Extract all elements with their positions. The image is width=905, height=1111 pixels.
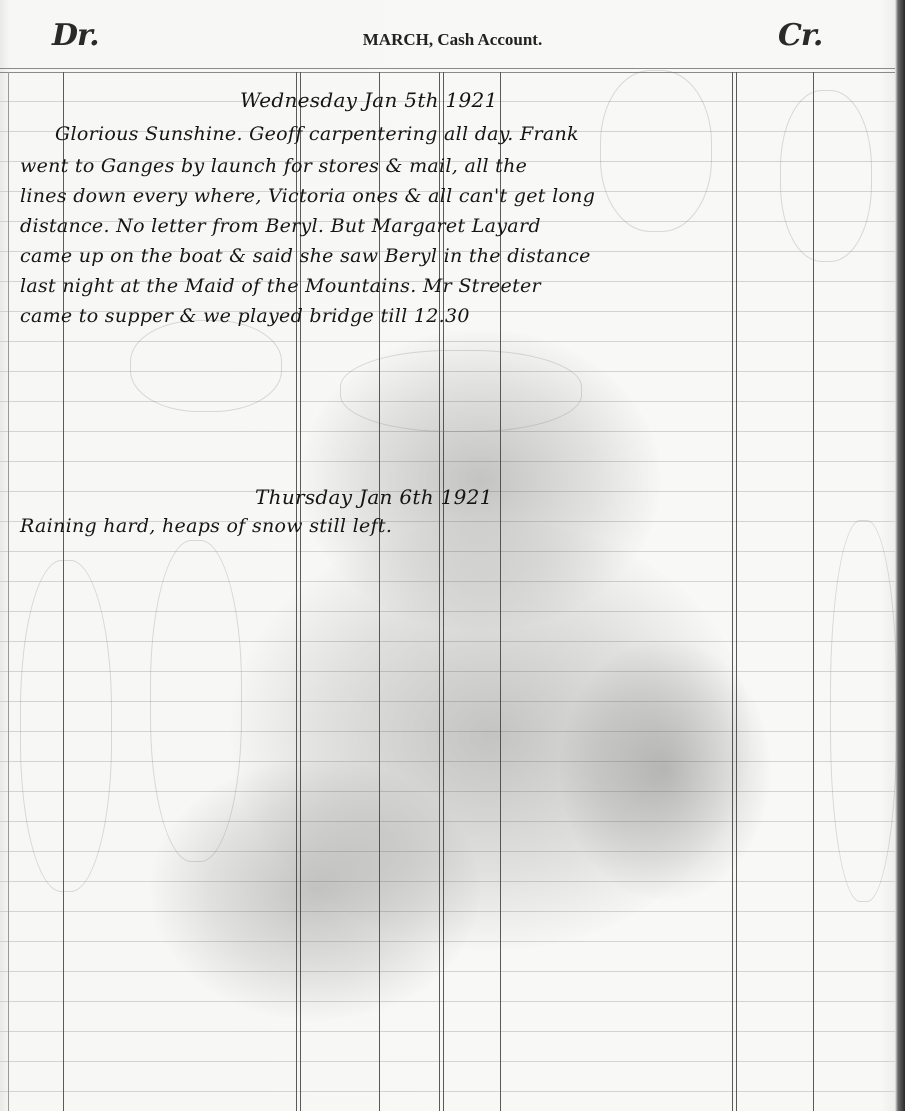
entry-line: last night at the Maid of the Mountains.… — [20, 275, 541, 297]
ruled-line — [0, 701, 895, 702]
pencil-sketch — [780, 90, 872, 262]
ruled-line — [0, 1091, 895, 1092]
ruled-line — [0, 611, 895, 612]
entry-date: Thursday Jan 6th 1921 — [255, 485, 493, 509]
entry-line: lines down every where, Victoria ones & … — [20, 185, 595, 207]
ruled-line — [0, 971, 895, 972]
ruled-line — [0, 1001, 895, 1002]
ruled-line — [0, 461, 895, 462]
ruled-line — [0, 671, 895, 672]
ink-smudge — [230, 520, 750, 950]
ruled-line — [0, 431, 895, 432]
ruled-line — [0, 551, 895, 552]
ruled-line — [0, 821, 895, 822]
ruled-line — [0, 911, 895, 912]
ruled-line — [0, 641, 895, 642]
entry-line: distance. No letter from Beryl. But Marg… — [20, 215, 541, 237]
ink-smudge — [300, 330, 660, 630]
column-rule — [732, 72, 737, 1111]
ruled-line — [0, 731, 895, 732]
pencil-sketch — [130, 320, 282, 412]
pencil-sketch — [340, 350, 582, 432]
ruled-line — [0, 581, 895, 582]
header-rule-2 — [0, 72, 895, 73]
ruled-line — [0, 371, 895, 372]
ruled-line — [0, 401, 895, 402]
ruled-line — [0, 941, 895, 942]
entry-line: Raining hard, heaps of snow still left. — [20, 515, 392, 537]
page-title: MARCH, Cash Account. — [0, 30, 905, 50]
margin-rule — [8, 72, 9, 1111]
entry-line: went to Ganges by launch for stores & ma… — [20, 155, 527, 177]
entry-line: Glorious Sunshine. Geoff carpentering al… — [55, 123, 579, 145]
ruled-line — [0, 1061, 895, 1062]
ruled-line — [0, 851, 895, 852]
ruled-line — [0, 341, 895, 342]
column-rule — [813, 72, 814, 1111]
header-rule — [0, 68, 895, 69]
ruled-line — [0, 791, 895, 792]
ink-smudge — [150, 760, 480, 1020]
entry-line: came to supper & we played bridge till 1… — [20, 305, 470, 327]
pencil-sketch — [600, 70, 712, 232]
ink-smudge — [560, 640, 770, 900]
pencil-sketch — [830, 520, 897, 902]
ruled-line — [0, 881, 895, 882]
pencil-sketch — [20, 560, 112, 892]
ruled-line — [0, 1031, 895, 1032]
entry-line: came up on the boat & said she saw Beryl… — [20, 245, 591, 267]
credit-mark: Cr. — [778, 18, 822, 53]
ruled-line — [0, 761, 895, 762]
ledger-page: Dr. MARCH, Cash Account. Cr. Wednesday J… — [0, 0, 905, 1111]
entry-date: Wednesday Jan 5th 1921 — [240, 88, 498, 112]
